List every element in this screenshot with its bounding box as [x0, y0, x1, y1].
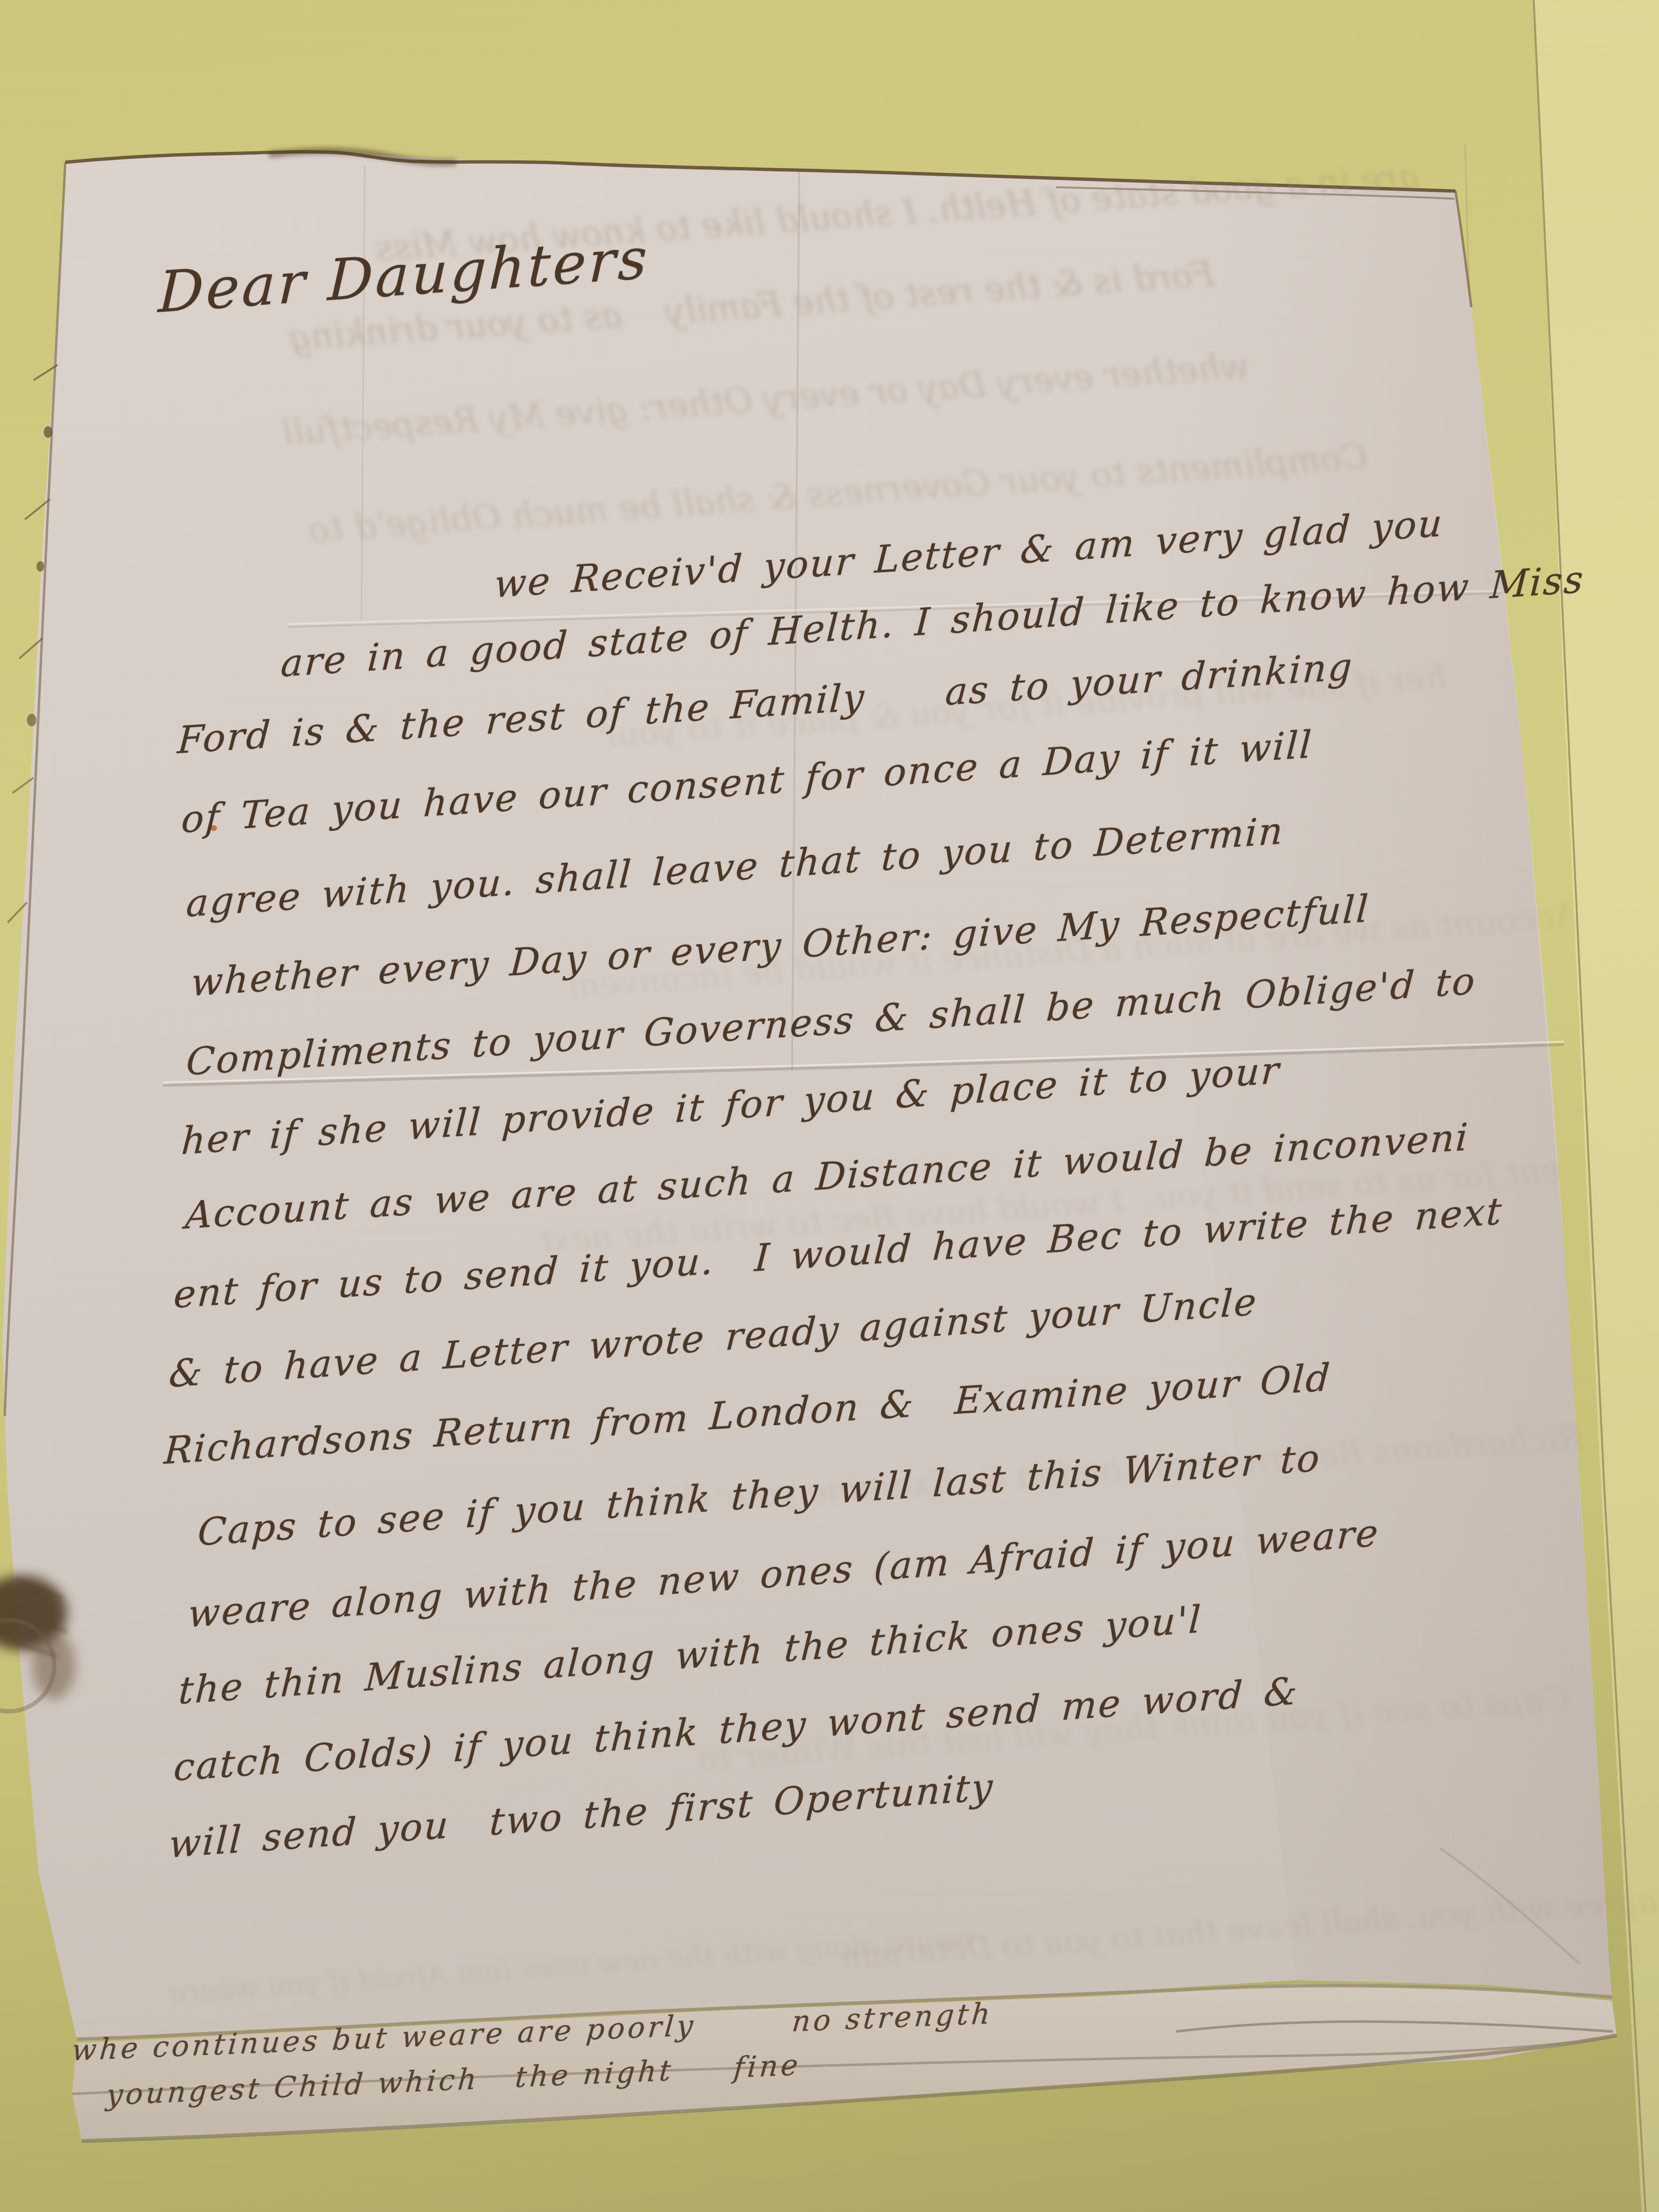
handwriting-layer: Dear Daughters we Receiv'd your Letter &…: [0, 0, 1659, 2212]
partial-handwriting-line: whe continues but weare are poorly no st…: [71, 1997, 994, 2068]
photo-scene: are in a good state of Helth. I should l…: [0, 0, 1659, 2212]
salutation-line: Dear Daughters: [157, 225, 651, 325]
